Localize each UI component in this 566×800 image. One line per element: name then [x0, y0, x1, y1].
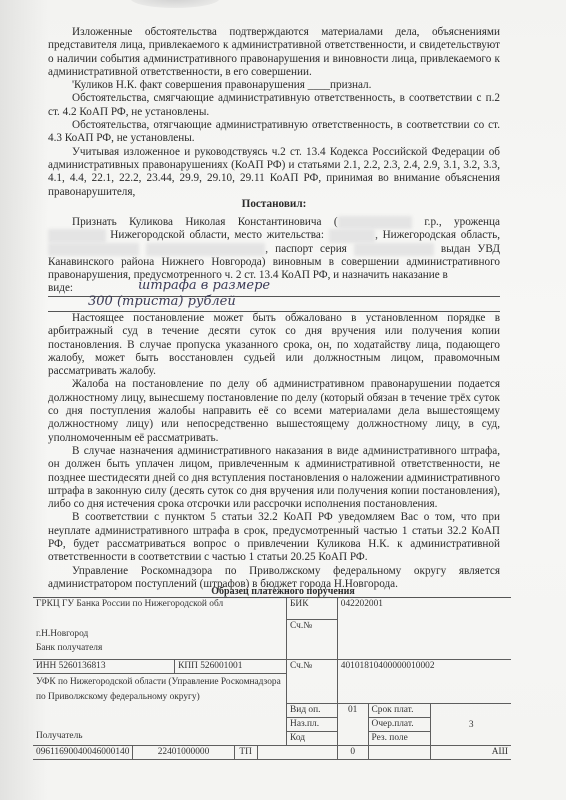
- redacted-address-2: xxxxxxxxxxxxxxxxx: [146, 243, 265, 256]
- bik-value: 042202001: [337, 598, 511, 620]
- resolution-text: Признать Куликова Николая Константинович…: [72, 216, 338, 228]
- resolution-text: Нижегородской области, место жительства:: [110, 229, 324, 241]
- payment-order-table: ГРКЦ ГУ Банка России по Нижегородской об…: [33, 597, 511, 760]
- bik-label: БИК: [287, 598, 338, 620]
- bank-name: ГРКЦ ГУ Банка России по Нижегородской об…: [36, 599, 283, 609]
- heading-block: Постановил:: [48, 196, 500, 215]
- recipient-cell: УФК по Нижегородской области (Управление…: [33, 674, 287, 746]
- redacted-birthdate: xx.xx.xxxx: [338, 216, 412, 229]
- bank-name-cell: ГРКЦ ГУ Банка России по Нижегородской об…: [33, 598, 287, 660]
- ocher-value: 3: [431, 704, 511, 746]
- redacted-city: xxxx: [329, 229, 375, 242]
- resolution-paragraph: Признать Куликова Николая Константинович…: [48, 216, 500, 282]
- paragraph: В соответствии с пунктом 5 статьи 32.2 К…: [48, 511, 500, 564]
- paragraph: Жалоба на постановление по делу об админ…: [48, 378, 500, 444]
- resolution-text: , Нижегородская область,: [375, 229, 500, 241]
- srok-label: Срок плат.: [368, 704, 431, 718]
- body-text-bottom: Настоящее постановление может быть обжал…: [48, 312, 500, 591]
- account-label-1: Сч.№: [287, 620, 338, 660]
- paragraph: Обстоятельства, отягчающие административ…: [48, 119, 500, 146]
- paragraph: Учитывая изложенное и руководствуясь ч.2…: [48, 146, 500, 199]
- paragraph: 'Куликов Н.К. факт совершения правонаруш…: [48, 79, 500, 92]
- resolution-text: г.р., уроженца: [424, 216, 500, 228]
- paragraph: Обстоятельства, смягчающие административ…: [48, 92, 500, 119]
- account-value-1: [337, 620, 511, 660]
- bank-label: Банк получателя: [36, 643, 283, 653]
- type-code: АШ: [431, 746, 511, 760]
- section-heading: Постановил:: [48, 198, 500, 211]
- rez-label: Рез. поле: [368, 732, 431, 746]
- redacted-passport: xxxxxxxxxx: [354, 243, 434, 256]
- vid-op-label: Вид оп.: [287, 704, 338, 718]
- resolution-text: , паспорт серия: [265, 243, 347, 255]
- vid-op-value: 01: [337, 704, 368, 746]
- recipient-name: УФК по Нижегородской области (Управление…: [36, 675, 283, 705]
- body-text-top: Изложенные обстоятельства подтверждаются…: [48, 26, 500, 199]
- empty-cell-2: [368, 746, 431, 760]
- handwritten-penalty-1: штрафа в размере: [138, 279, 270, 292]
- bank-city: г.Н.Новгород: [36, 629, 283, 639]
- kbk-code: 09611690040046000140: [33, 746, 133, 760]
- account-label-2: Сч.№: [287, 660, 338, 704]
- penalty-line-2: 300 (триста) рублей: [48, 297, 500, 312]
- recipient-label: Получатель: [36, 731, 283, 741]
- vide-label: виде:: [48, 282, 73, 295]
- naz-label: Наз.пл.: [287, 718, 338, 732]
- account-value-2: 40101810400000010002: [337, 660, 511, 704]
- document-page: Изложенные обстоятельства подтверждаются…: [0, 0, 566, 800]
- zero-cell: 0: [337, 746, 368, 760]
- handwritten-penalty-2: 300 (триста) рублей: [88, 295, 236, 308]
- redacted-birthplace: xxxxxx: [48, 229, 106, 242]
- okato-code: 22401000000: [133, 746, 234, 760]
- kod-label: Код: [287, 732, 338, 746]
- paragraph: Изложенные обстоятельства подтверждаются…: [48, 26, 500, 79]
- paragraph: Настоящее постановление может быть обжал…: [48, 312, 500, 378]
- redacted-address: xxxxxxxxxxxx: [48, 243, 139, 256]
- kpp: КПП 526001001: [175, 660, 287, 674]
- payment-order-title: Образец платежного поручения: [0, 586, 566, 597]
- paragraph: В случае назначения административного на…: [48, 445, 500, 511]
- basis-code: ТП: [234, 746, 257, 760]
- empty-cell: [257, 746, 337, 760]
- resolution-block: Признать Куликова Николая Константинович…: [48, 216, 500, 312]
- scan-shadow: [130, 0, 220, 8]
- ocher-label: Очер.плат.: [368, 718, 431, 732]
- inn: ИНН 5260136813: [33, 660, 175, 674]
